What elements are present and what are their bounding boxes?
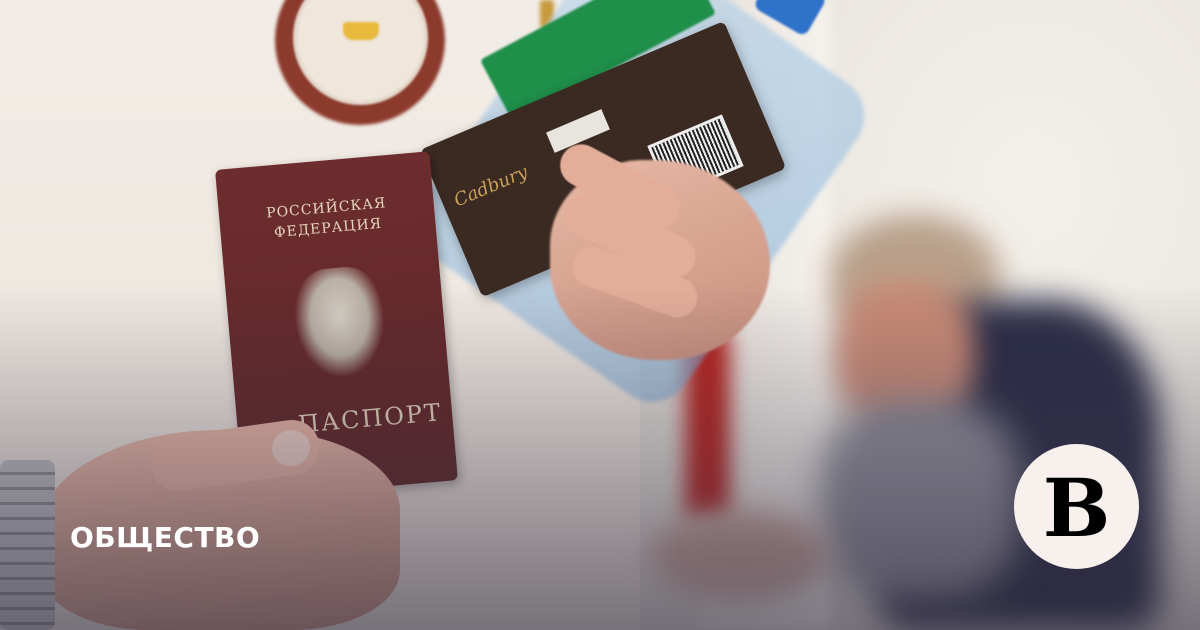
category-label[interactable]: ОБЩЕСТВО bbox=[70, 520, 260, 556]
vedomosti-logo-icon[interactable]: В bbox=[1014, 444, 1139, 569]
logo-letter: В bbox=[1043, 468, 1111, 548]
share-card: Cadbury РОССИЙСКАЯ ФЕДЕРАЦИЯ ПАСПОРТ ОБЩ… bbox=[0, 0, 1200, 630]
